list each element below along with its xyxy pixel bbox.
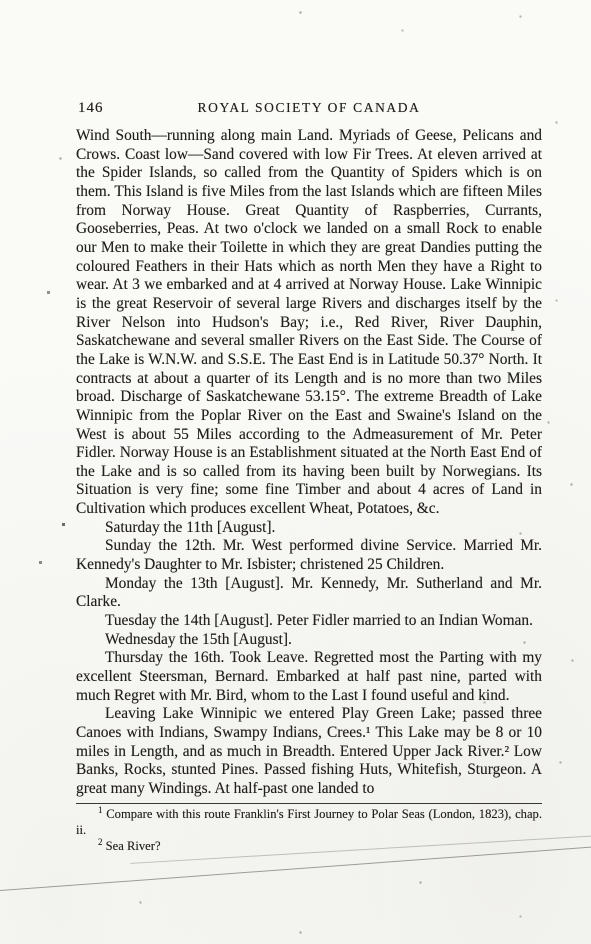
paragraph: Tuesday the 14th [August]. Peter Fidler … <box>76 612 542 631</box>
scan-noise-specks <box>0 0 1 1</box>
footnote: 2 Sea River? <box>76 838 542 854</box>
paragraph: Wednesday the 15th [August]. <box>76 631 542 650</box>
footnote-marker: 2 <box>98 836 103 846</box>
page-header: 146 ROYAL SOCIETY OF CANADA <box>76 100 542 120</box>
paragraph: Monday the 13th [August]. Mr. Kennedy, M… <box>76 575 542 612</box>
paragraph: Leaving Lake Winnipic we entered Play Gr… <box>76 705 542 798</box>
paragraph: Thursday the 16th. Took Leave. Regretted… <box>76 649 542 705</box>
footnote-divider <box>76 803 542 804</box>
running-title: ROYAL SOCIETY OF CANADA <box>76 100 542 116</box>
scanned-book-page: 146 ROYAL SOCIETY OF CANADA Wind South—r… <box>0 0 591 944</box>
paragraph: Wind South—running along main Land. Myri… <box>76 127 542 519</box>
footnote-text: Sea River? <box>106 839 161 853</box>
paragraph: Saturday the 11th [August]. <box>76 519 542 538</box>
footnote-marker: 1 <box>98 804 103 814</box>
footnote-text: Compare with this route Franklin's First… <box>76 807 542 837</box>
footnote: 1 Compare with this route Franklin's Fir… <box>76 806 542 838</box>
footnotes: 1 Compare with this route Franklin's Fir… <box>76 806 542 854</box>
paragraph: Sunday the 12th. Mr. West performed divi… <box>76 537 542 574</box>
page-number: 146 <box>78 100 104 117</box>
body-text: Wind South—running along main Land. Myri… <box>76 127 542 854</box>
